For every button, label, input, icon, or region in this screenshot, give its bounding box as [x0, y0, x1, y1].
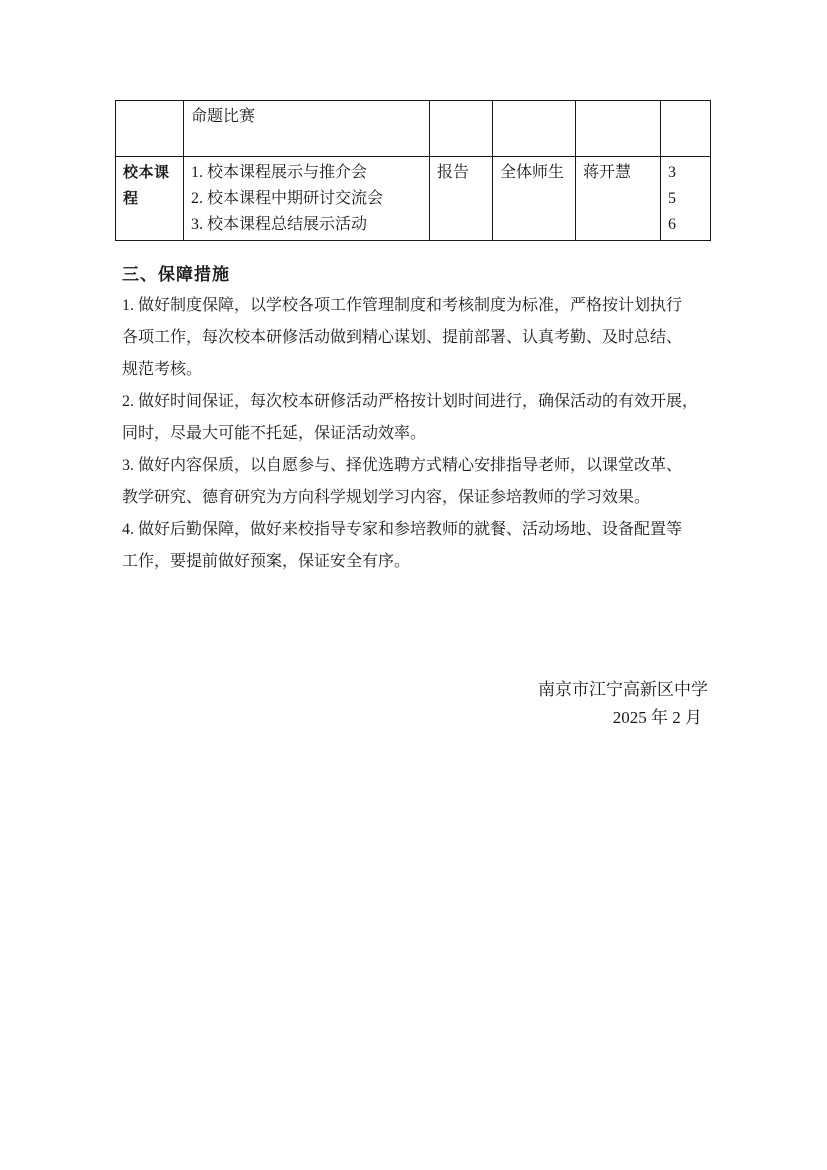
schedule-table: 命题比赛 校本课程 1. 校本课程展示与推介会 2. 校本课程中期研讨交流会 3…	[115, 100, 711, 241]
paragraph-time-guarantee: 2. 做好时间保证，每次校本研修活动严格按计划时间进行，确保活动的有效开展， 同…	[122, 386, 708, 450]
table-cell-category: 校本课程	[116, 157, 184, 241]
table-row-continuation: 命题比赛	[116, 101, 711, 157]
paragraph-logistics: 4. 做好后勤保障，做好来校指导专家和参培教师的就餐、活动场地、设备配置等 工作…	[122, 514, 708, 578]
safeguard-section: 三、保障措施 1. 做好制度保障，以学校各项工作管理制度和考核制度为标准，严格按…	[122, 260, 708, 732]
table-cell-months: 3 5 6	[661, 157, 711, 241]
table-cell-form: 报告	[430, 157, 493, 241]
table-cell-person-empty	[576, 101, 661, 157]
table-cell-participants: 全体师生	[493, 157, 576, 241]
paragraph-system-guarantee: 1. 做好制度保障，以学校各项工作管理制度和考核制度为标准，严格按计划执行 各项…	[122, 290, 708, 386]
table-cell-activities: 1. 校本课程展示与推介会 2. 校本课程中期研讨交流会 3. 校本课程总结展示…	[184, 157, 430, 241]
page-content: 命题比赛 校本课程 1. 校本课程展示与推介会 2. 校本课程中期研讨交流会 3…	[115, 100, 710, 732]
table-row-school-course: 校本课程 1. 校本课程展示与推介会 2. 校本课程中期研讨交流会 3. 校本课…	[116, 157, 711, 241]
paragraph-content-quality: 3. 做好内容保质，以自愿参与、择优选聘方式精心安排指导老师，以课堂改革、 教学…	[122, 450, 708, 514]
table-cell-month-empty	[661, 101, 711, 157]
table-cell-participants-empty	[493, 101, 576, 157]
table-cell-form-empty	[430, 101, 493, 157]
table-cell-person: 蒋开慧	[576, 157, 661, 241]
section-heading: 三、保障措施	[122, 260, 708, 290]
signature-block: 南京市江宁高新区中学 2025 年 2 月	[122, 676, 708, 732]
signature-school: 南京市江宁高新区中学	[122, 676, 708, 704]
table-cell-category-empty	[116, 101, 184, 157]
document-page: 命题比赛 校本课程 1. 校本课程展示与推介会 2. 校本课程中期研讨交流会 3…	[0, 0, 827, 1170]
signature-date: 2025 年 2 月	[122, 704, 708, 732]
table-cell-activity-continuation: 命题比赛	[184, 101, 430, 157]
